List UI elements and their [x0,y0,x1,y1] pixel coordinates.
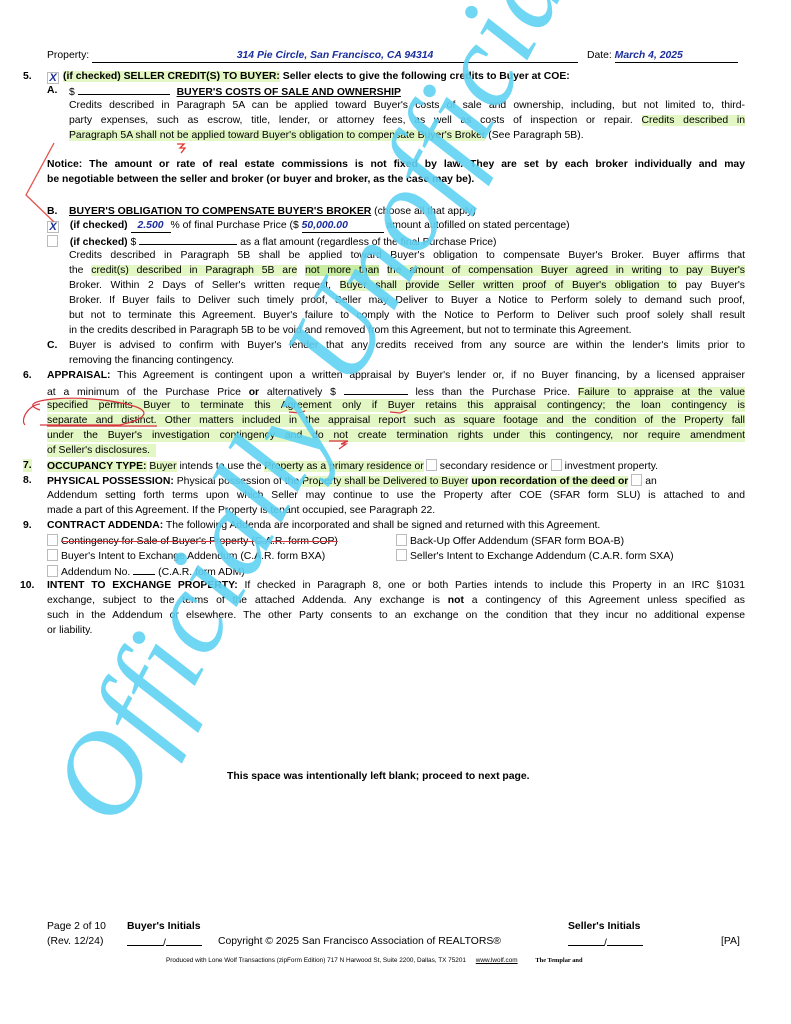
text: Physical possession of the [177,476,299,487]
seller-initials-1[interactable] [568,935,604,946]
section-8-line-3: made a part of this Agreement. If the Pr… [47,504,435,517]
section-5a-line-1: Credits described in Paragraph 5A can be… [69,99,745,112]
produced-with: Produced with Lone Wolf Transactions (zi… [166,954,583,967]
section-5a-line-2: party expenses, such as escrow, title, l… [69,114,745,127]
section-8-title: PHYSICAL POSSESSION: [47,476,174,487]
buyer-initials-2[interactable] [166,935,202,946]
section-5b-note: (choose all that apply) [374,206,476,217]
highlight: upon recordation of the deed or [471,476,628,487]
addendum-bxa-label: Buyer's Intent to Exchange Addendum (C.A… [61,551,325,562]
appraisal-amount-field[interactable] [344,384,408,395]
section-8-line-1: PHYSICAL POSSESSION: Physical possession… [47,474,657,488]
addendum-cop-label: Contingency for Sale of Buyer's Property… [61,536,338,547]
section-5-checkbox[interactable]: X [47,72,59,84]
section-5a-line-3: Paragraph 5A shall not be applied toward… [69,129,584,142]
text: Broker. Within 2 Days of Seller's writte… [69,280,331,291]
text: or [249,387,259,398]
highlight: the amount of compensation Buyer agreed … [387,265,745,276]
section-10-line-4: or liability. [47,624,92,637]
section-6-line-2: at a minimum of the Purchase Price or al… [47,384,745,399]
section-5c-line-2: removing the financing contingency. [69,354,234,367]
produced-text: Produced with Lone Wolf Transactions (zi… [166,957,466,964]
section-6-number: 6. [23,369,32,382]
text: an [645,476,657,487]
section-5b-line-3: Broker. Within 2 Days of Seller's writte… [69,279,745,292]
text: intends to use the [179,461,261,472]
text: exchange, subject to the terms of the at… [47,595,440,606]
percent-field[interactable]: 2.500 [131,219,171,233]
section-7-line: OCCUPANCY TYPE: Buyer intends to use the… [47,459,658,473]
highlight: Paragraph 5A shall not be applied toward… [69,130,485,141]
addendum-sxa-label: Seller's Intent to Exchange Addendum (C.… [410,551,674,562]
text: at a minimum of the Purchase Price [47,387,241,398]
property-label: Property: [47,50,89,61]
section-6-line-4: separate and distinct. Other matters inc… [47,414,745,427]
date-label: Date: [587,50,612,61]
property-header: Property: 314 Pie Circle, San Francisco,… [47,49,738,63]
section-5b-option-2: (if checked) $ as a flat amount (regardl… [47,234,497,249]
addendum-adm-checkbox[interactable] [47,565,58,577]
blank-space-notice: This space was intentionally left blank;… [227,770,530,783]
section-10-number: 10. [20,579,34,592]
addendum-cop: Contingency for Sale of Buyer's Property… [47,534,338,548]
amount-field[interactable]: 50,000.00 [302,219,384,233]
section-5a-line-2-text: party expenses, such as escrow, title, l… [69,115,633,126]
text: the [69,265,83,276]
circle-mark [23,404,40,425]
section-5a-tail: (See Paragraph 5B). [488,130,583,141]
text: less than the Purchase Price. [415,387,570,398]
option-2-tail: as a flat amount (regardless of the fina… [240,237,496,248]
dollar-sign: $ [69,87,75,98]
option-1-checkbox[interactable]: X [47,221,59,233]
section-5b-line-5: but not to terminate this Agreement. Buy… [69,309,745,322]
section-5c-line-1: Buyer is advised to confirm with Buyer's… [69,339,745,352]
section-6-title: APPRAISAL: [47,370,111,381]
notice-line-2: be negotiable between the seller and bro… [47,173,474,186]
seller-initials-field[interactable]: / [568,935,643,950]
section-7-number: 7. [23,459,32,472]
section-5a-title: BUYER'S COSTS OF SALE AND OWNERSHIP [177,87,401,98]
section-8-line-2: Addendum setting forth terms upon which … [47,489,745,502]
section-10-line-1: INTENT TO EXCHANGE PROPERTY: If checked … [47,579,745,592]
section-9-line: CONTRACT ADDENDA: The following Addenda … [47,519,600,532]
page-number: Page 2 of 10 [47,920,106,933]
addendum-bxa: Buyer's Intent to Exchange Addendum (C.A… [47,549,325,563]
document-page: Property: 314 Pie Circle, San Francisco,… [0,0,791,1024]
addendum-adm: Addendum No. (C.A.R. form ADM) [47,564,245,579]
section-6-line-1: APPRAISAL: This Agreement is contingent … [47,369,745,382]
section-6-line-5: under the Buyer's investigation continge… [47,429,745,442]
tick-mark [329,441,348,449]
section-5a-label: A. [47,84,57,97]
section-5b-line-2: the credit(s) described in Paragraph 5B … [69,264,745,277]
highlight: Credits described in [642,115,745,126]
section-5-title: (if checked) SELLER CREDIT(S) TO BUYER: [63,71,280,82]
addendum-boa: Back-Up Offer Addendum (SFAR form BOA-B) [396,534,624,548]
tick-mark [177,144,185,153]
section-5b-heading: BUYER'S OBLIGATION TO COMPENSATE BUYER'S… [69,205,476,218]
addendum-number-field[interactable] [133,564,155,575]
revision: (Rev. 12/24) [47,935,103,948]
text: a contingency of this Agreement unless s… [472,595,745,606]
section-5-number: 5. [23,70,32,83]
addendum-boa-checkbox[interactable] [396,534,407,546]
dollar-sign: $ [131,237,137,248]
section-5a-heading: $ BUYER'S COSTS OF SALE AND OWNERSHIP [69,84,401,99]
text: pay Buyer's [685,280,745,291]
section-5a-amount-field[interactable] [78,84,170,95]
section-5-heading: X(if checked) SELLER CREDIT(S) TO BUYER:… [47,70,570,84]
addendum-adm-label: Addendum No. [61,567,130,578]
section-6-line-6: of Seller's disclosures. [47,444,156,457]
seller-initials-label: Seller's Initials [568,920,640,933]
option-2-checkbox[interactable] [47,235,58,247]
addendum-adm-form: (C.A.R. form ADM) [158,567,245,578]
section-5b-line-6: in the credits described in Paragraph 5B… [69,324,632,337]
notice-line-1: Notice: The amount or rate of real estat… [47,158,745,171]
section-5-intro: Seller elects to give the following cred… [283,71,570,82]
highlight: Buyer [149,461,176,472]
text: This Agreement is contingent upon a writ… [117,370,745,381]
text: The following Addenda are incorporated a… [166,520,600,531]
addendum-sxa-checkbox[interactable] [396,549,407,561]
section-5b-line-1: Credits described in Paragraph 5B shall … [69,249,745,262]
option-1-label: (if checked) [70,220,128,231]
highlight: credit(s) described in Paragraph 5B are [91,265,297,276]
buyer-initials-field[interactable]: / [127,935,202,950]
highlight: Failure to appraise at the value [578,387,745,398]
section-8-number: 8. [23,474,32,487]
date-field[interactable]: March 4, 2025 [615,49,738,63]
addendum-boa-label: Back-Up Offer Addendum (SFAR form BOA-B) [410,536,624,547]
section-10-title: INTENT TO EXCHANGE PROPERTY: [47,580,238,591]
option-2-label: (if checked) [70,237,128,248]
investment-property-checkbox[interactable] [551,459,562,471]
section-10-line-3: such in the Addendum or elsewhere. The o… [47,609,745,622]
buyer-initials-label: Buyer's Initials [127,920,201,933]
section-9-title: CONTRACT ADDENDA: [47,520,163,531]
section-5c-label: C. [47,339,57,352]
section-10-line-2: exchange, subject to the terms of the at… [47,594,745,607]
section-5b-line-4: Broker. If Buyer fails to Deliver such t… [69,294,745,307]
document-name: The Templar and [535,957,582,964]
property-field[interactable]: 314 Pie Circle, San Francisco, CA 94314 [92,49,578,63]
highlight: Property shall be Delivered to Buyer [302,476,468,487]
seller-initials-2[interactable] [607,935,643,946]
section-5b-label: B. [47,205,57,218]
section-7-title: OCCUPANCY TYPE: [47,461,147,472]
form-code: [PA] [721,935,740,948]
option-1-text: % of final Purchase Price ($ [171,220,299,231]
flat-amount-field[interactable] [139,234,237,245]
section-5b-option-1: X (if checked) 2.500% of final Purchase … [47,219,570,233]
text: alternatively $ [267,387,336,398]
highlight: not more than [305,265,379,276]
highlight: Buyer shall provide Seller written proof… [340,280,677,291]
secondary-residence-checkbox[interactable] [426,459,437,471]
addendum-cop-checkbox[interactable] [47,534,58,546]
copyright: Copyright © 2025 San Francisco Associati… [218,935,501,948]
text: not [448,595,464,606]
possession-addendum-checkbox[interactable] [631,474,642,486]
lwolf-link[interactable]: www.lwolf.com [476,957,518,964]
buyer-initials-1[interactable] [127,935,163,946]
secondary-residence-label: secondary residence or [440,461,548,472]
investment-property-label: investment property. [565,461,658,472]
section-5b-title: BUYER'S OBLIGATION TO COMPENSATE BUYER'S… [69,206,371,217]
addendum-bxa-checkbox[interactable] [47,549,58,561]
highlight: Property as a primary residence or [264,461,423,472]
text: If checked in Paragraph 8, one or both P… [244,580,745,591]
section-9-number: 9. [23,519,32,532]
option-1-tail: amount autofilled on stated percentage) [387,220,570,231]
section-6-line-3: specified permits Buyer to terminate thi… [47,399,745,412]
addendum-sxa: Seller's Intent to Exchange Addendum (C.… [396,549,674,563]
